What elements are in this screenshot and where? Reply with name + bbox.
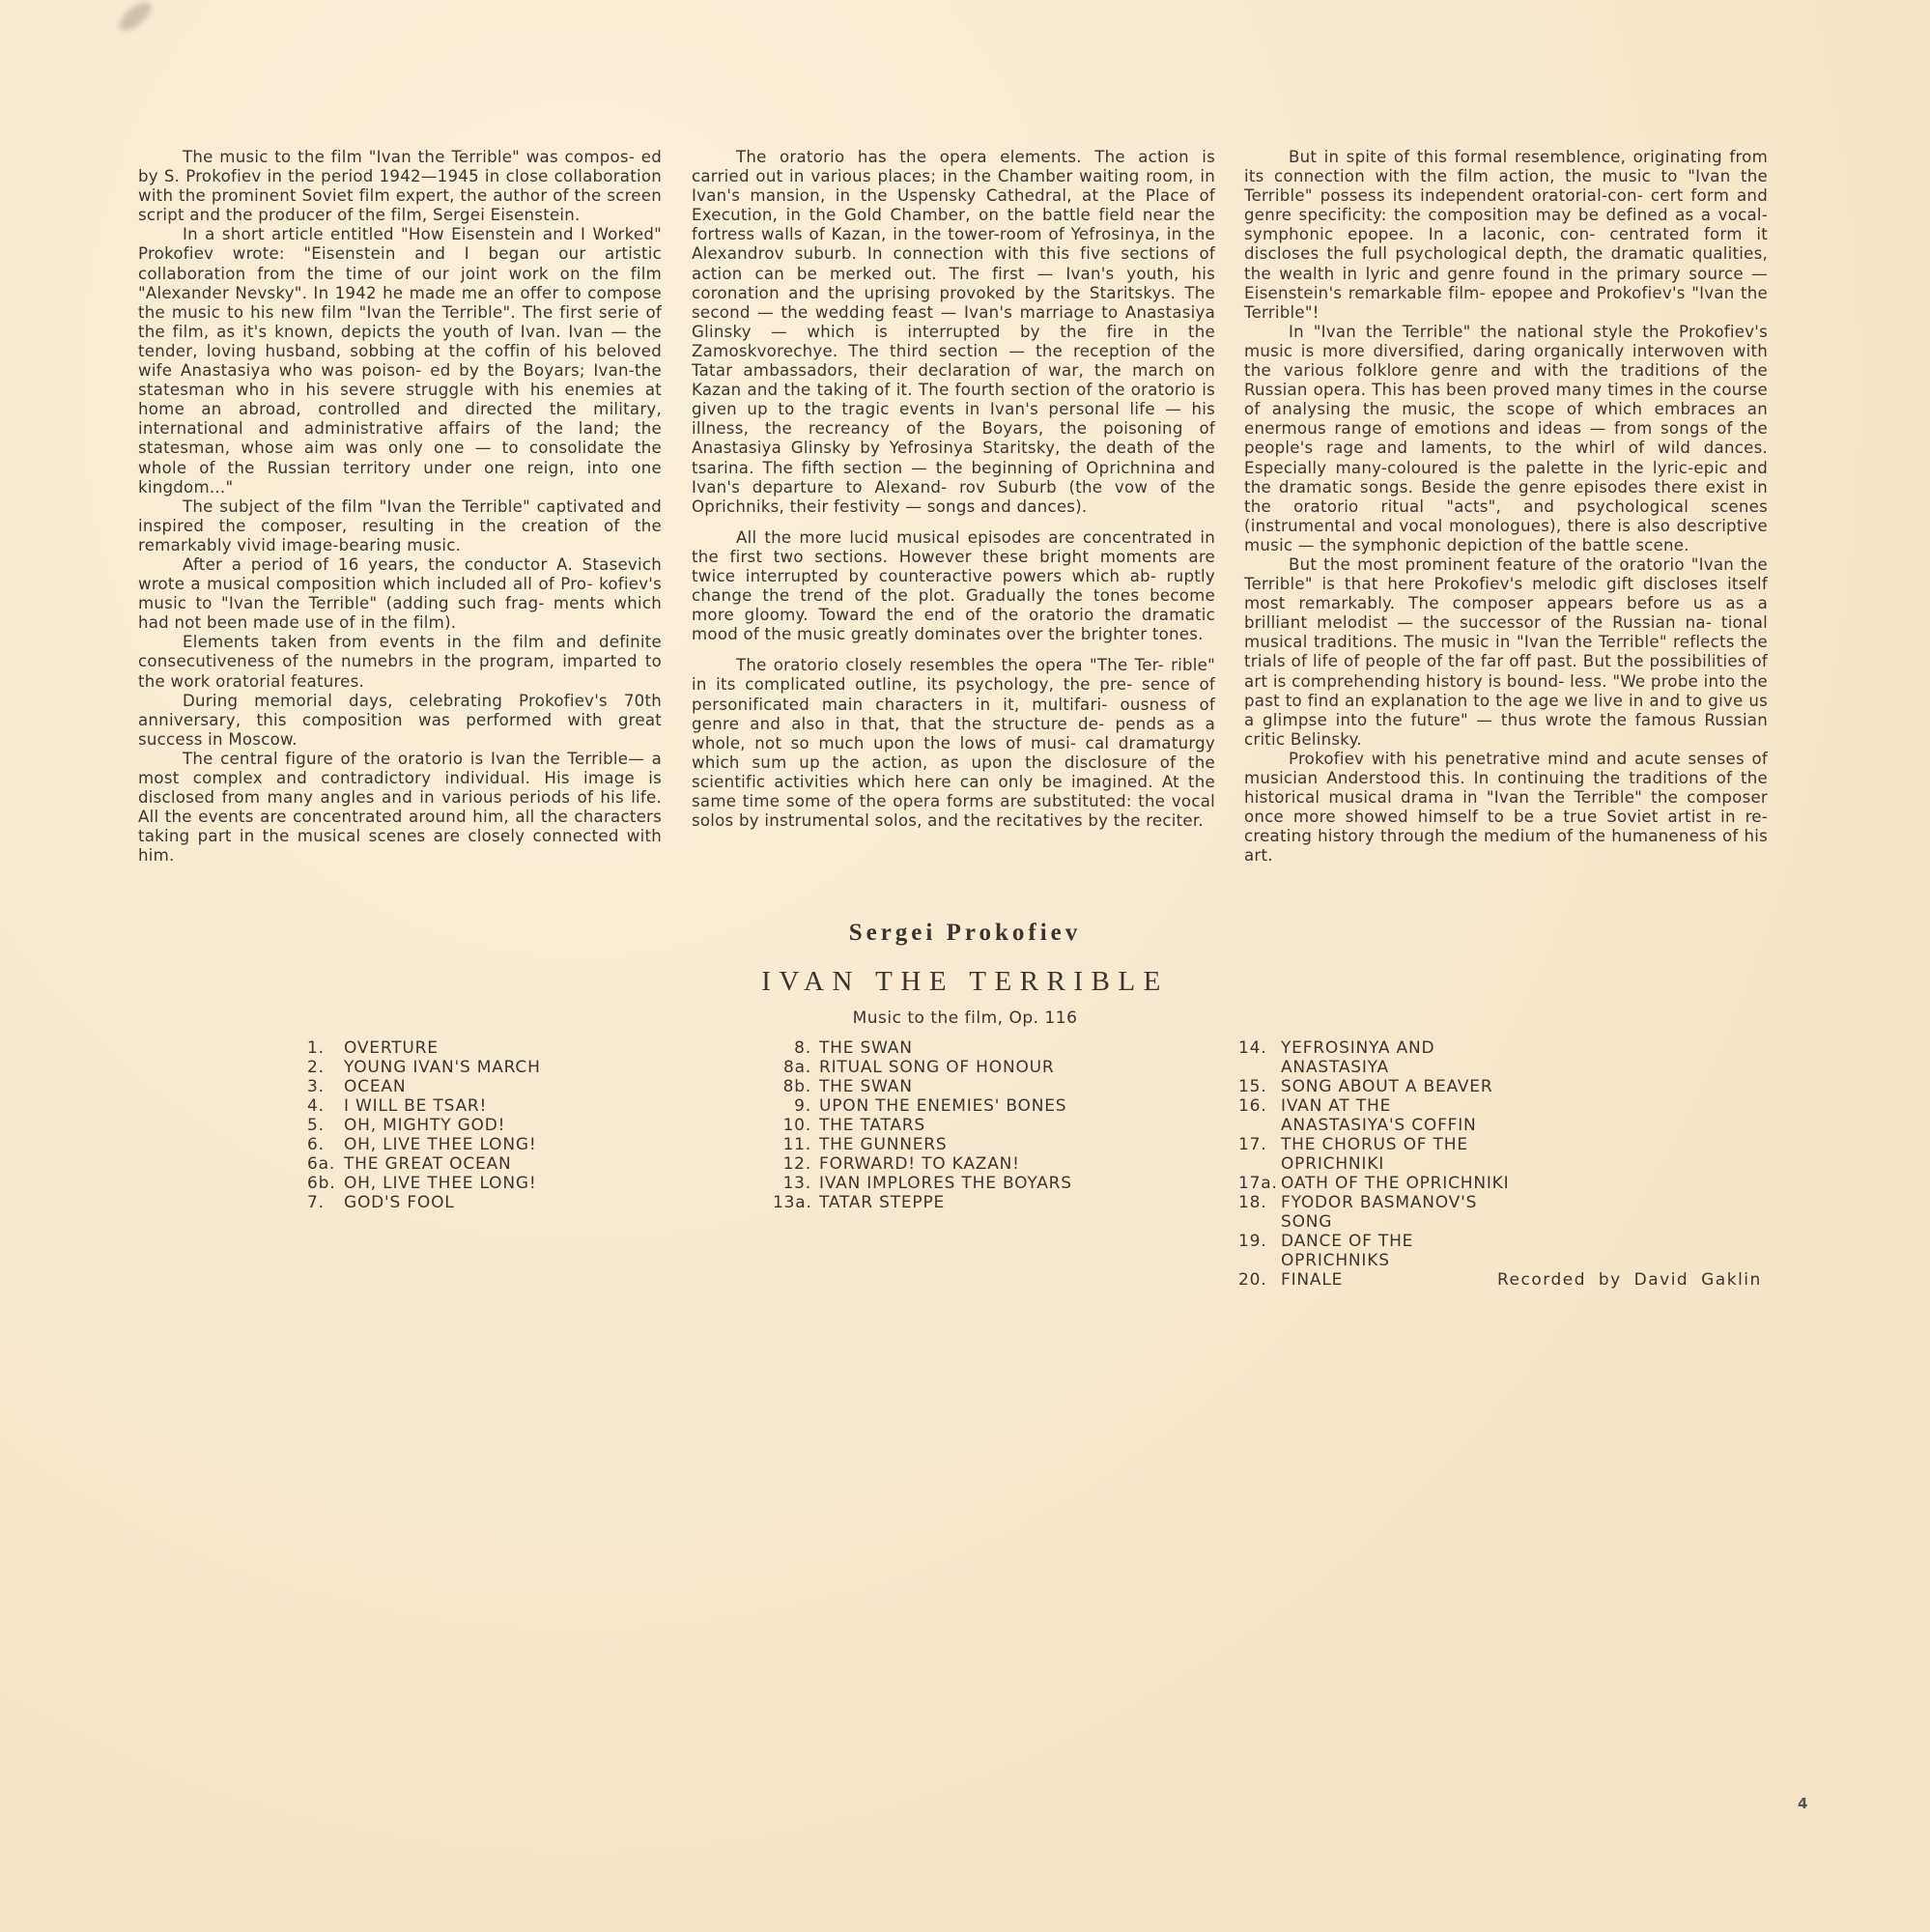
track-item: 7.GOD'S FOOL xyxy=(307,1193,634,1212)
work-subtitle: Music to the film, Op. 116 xyxy=(0,1009,1930,1028)
track-title: FORWARD! TO KAZAN! xyxy=(819,1154,1109,1174)
track-title: YEFROSINYA AND ANASTASIYA xyxy=(1281,1038,1518,1077)
track-item: 4.I WILL BE TSAR! xyxy=(307,1096,634,1116)
track-title: THE GUNNERS xyxy=(819,1135,1109,1154)
track-item: 18.FYODOR BASMANOV'S SONG xyxy=(1238,1193,1518,1232)
track-item: 13a.TATAR STEPPE xyxy=(773,1193,1109,1212)
tracklist-column-2: 8.THE SWAN8a.RITUAL SONG OF HONOUR8b.THE… xyxy=(773,1038,1109,1212)
track-title: THE CHORUS OF THE OPRICHNIKI xyxy=(1281,1135,1518,1174)
track-item: 14.YEFROSINYA AND ANASTASIYA xyxy=(1238,1038,1518,1077)
track-number: 1. xyxy=(307,1038,344,1058)
track-number: 6a. xyxy=(307,1154,344,1174)
track-item: 8b.THE SWAN xyxy=(773,1077,1109,1096)
track-item: 2.YOUNG IVAN'S MARCH xyxy=(307,1058,634,1077)
track-number: 5. xyxy=(307,1116,344,1135)
track-item: 3.OCEAN xyxy=(307,1077,634,1096)
track-title: THE SWAN xyxy=(819,1038,1109,1058)
track-item: 6b.OH, LIVE THEE LONG! xyxy=(307,1174,634,1193)
track-number: 6. xyxy=(307,1135,344,1154)
paragraph: The oratorio has the opera elements. The… xyxy=(692,148,1215,517)
paragraph: The music to the film "Ivan the Terrible… xyxy=(138,148,662,225)
page-number: 4 xyxy=(1798,1795,1807,1812)
paragraph: All the more lucid musical episodes are … xyxy=(692,528,1215,645)
track-title: THE SWAN xyxy=(819,1077,1109,1096)
text-column-2: The oratorio has the opera elements. The… xyxy=(692,148,1215,831)
track-title: IVAN AT THE ANASTASIYA'S COFFIN xyxy=(1281,1096,1518,1135)
paragraph: The central figure of the oratorio is Iv… xyxy=(138,750,662,867)
track-number: 8b. xyxy=(773,1077,819,1096)
track-item: 19.DANCE OF THE OPRICHNIKS xyxy=(1238,1232,1518,1270)
track-title: TATAR STEPPE xyxy=(819,1193,1109,1212)
paragraph: In a short article entitled "How Eisenst… xyxy=(138,225,662,497)
paragraph: The subject of the film "Ivan the Terrib… xyxy=(138,497,662,555)
track-number: 10. xyxy=(773,1116,819,1135)
track-title: RITUAL SONG OF HONOUR xyxy=(819,1058,1109,1077)
track-title: THE TATARS xyxy=(819,1116,1109,1135)
composer-name: Sergei Prokofiev xyxy=(0,920,1930,947)
track-number: 15. xyxy=(1238,1077,1281,1096)
track-item: 6a.THE GREAT OCEAN xyxy=(307,1154,634,1174)
paragraph: After a period of 16 years, the conducto… xyxy=(138,555,662,633)
track-title: FYODOR BASMANOV'S SONG xyxy=(1281,1193,1518,1232)
track-item: 16.IVAN AT THE ANASTASIYA'S COFFIN xyxy=(1238,1096,1518,1135)
track-item: 9.UPON THE ENEMIES' BONES xyxy=(773,1096,1109,1116)
track-number: 3. xyxy=(307,1077,344,1096)
track-title: OATH OF THE OPRICHNIKI xyxy=(1281,1174,1518,1193)
track-number: 9. xyxy=(773,1096,819,1116)
track-item: 10.THE TATARS xyxy=(773,1116,1109,1135)
track-number: 12. xyxy=(773,1154,819,1174)
paragraph: Prokofiev with his penetrative mind and … xyxy=(1244,750,1768,867)
paragraph: The oratorio closely resembles the opera… xyxy=(692,656,1215,831)
track-number: 13. xyxy=(773,1174,819,1193)
track-number: 6b. xyxy=(307,1174,344,1193)
paragraph: Elements taken from events in the film a… xyxy=(138,633,662,691)
work-title: IVAN THE TERRIBLE xyxy=(0,966,1930,998)
track-number: 8. xyxy=(773,1038,819,1058)
tracklist-column-3: 14.YEFROSINYA AND ANASTASIYA15.SONG ABOU… xyxy=(1238,1038,1518,1290)
track-item: 13.IVAN IMPLORES THE BOYARS xyxy=(773,1174,1109,1193)
track-title: GOD'S FOOL xyxy=(344,1193,634,1212)
track-item: 15.SONG ABOUT A BEAVER xyxy=(1238,1077,1518,1096)
track-item: 6.OH, LIVE THEE LONG! xyxy=(307,1135,634,1154)
track-title: UPON THE ENEMIES' BONES xyxy=(819,1096,1109,1116)
track-item: 1.OVERTURE xyxy=(307,1038,634,1058)
text-column-1: The music to the film "Ivan the Terrible… xyxy=(138,148,662,866)
track-number: 18. xyxy=(1238,1193,1281,1232)
track-title: DANCE OF THE OPRICHNIKS xyxy=(1281,1232,1518,1270)
paragraph: During memorial days, celebrating Prokof… xyxy=(138,692,662,750)
track-number: 11. xyxy=(773,1135,819,1154)
track-item: 17.THE CHORUS OF THE OPRICHNIKI xyxy=(1238,1135,1518,1174)
track-title: SONG ABOUT A BEAVER xyxy=(1281,1077,1518,1096)
track-number: 13a. xyxy=(773,1193,819,1212)
track-title: THE GREAT OCEAN xyxy=(344,1154,634,1174)
track-title: OH, LIVE THEE LONG! xyxy=(344,1135,634,1154)
track-item: 8a.RITUAL SONG OF HONOUR xyxy=(773,1058,1109,1077)
track-title: IVAN IMPLORES THE BOYARS xyxy=(819,1174,1109,1193)
paper-smudge xyxy=(115,0,156,36)
track-item: 8.THE SWAN xyxy=(773,1038,1109,1058)
track-item: 12.FORWARD! TO KAZAN! xyxy=(773,1154,1109,1174)
track-number: 20. xyxy=(1238,1270,1281,1290)
paragraph: But in spite of this formal resemblence,… xyxy=(1244,148,1768,323)
track-title: OH, LIVE THEE LONG! xyxy=(344,1174,634,1193)
track-title: OH, MIGHTY GOD! xyxy=(344,1116,634,1135)
track-title: OCEAN xyxy=(344,1077,634,1096)
recording-credit: Recorded by David Gaklin xyxy=(1497,1270,1762,1290)
paragraph: But the most prominent feature of the or… xyxy=(1244,555,1768,750)
track-number: 17a. xyxy=(1238,1174,1281,1193)
track-number: 7. xyxy=(307,1193,344,1212)
track-number: 16. xyxy=(1238,1096,1281,1135)
track-number: 4. xyxy=(307,1096,344,1116)
track-item: 5.OH, MIGHTY GOD! xyxy=(307,1116,634,1135)
track-number: 17. xyxy=(1238,1135,1281,1174)
track-title: OVERTURE xyxy=(344,1038,634,1058)
text-column-3: But in spite of this formal resemblence,… xyxy=(1244,148,1768,866)
track-number: 14. xyxy=(1238,1038,1281,1077)
track-number: 8a. xyxy=(773,1058,819,1077)
track-item: 17a.OATH OF THE OPRICHNIKI xyxy=(1238,1174,1518,1193)
track-number: 2. xyxy=(307,1058,344,1077)
track-item: 11.THE GUNNERS xyxy=(773,1135,1109,1154)
track-title: FINALE xyxy=(1281,1270,1518,1290)
track-title: I WILL BE TSAR! xyxy=(344,1096,634,1116)
track-title: YOUNG IVAN'S MARCH xyxy=(344,1058,634,1077)
tracklist-column-1: 1.OVERTURE2.YOUNG IVAN'S MARCH3.OCEAN4.I… xyxy=(307,1038,634,1212)
track-item: 20.FINALE xyxy=(1238,1270,1518,1290)
paragraph: In "Ivan the Terrible" the national styl… xyxy=(1244,323,1768,555)
track-number: 19. xyxy=(1238,1232,1281,1270)
